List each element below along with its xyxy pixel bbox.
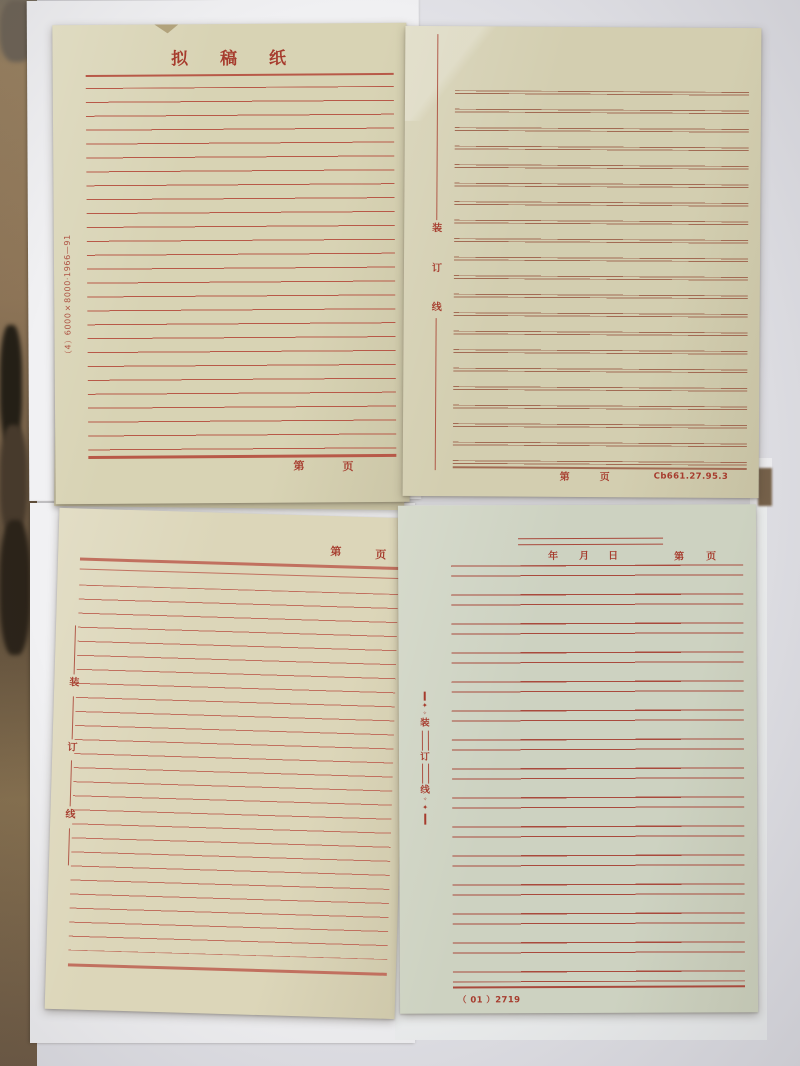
binding-line-char: 装 (67, 678, 81, 688)
paper-bottom-left-letter-sheet: 第 页 装 订 线 (45, 508, 410, 1019)
sheet-title: 拟 稿 纸 (52, 43, 406, 70)
footer-rule (453, 466, 747, 470)
page-number-label: 页 (342, 461, 353, 472)
binding-line (436, 34, 438, 220)
ornament-stem (425, 813, 426, 824)
cardboard-sliver (758, 468, 772, 506)
page-number-label: 第 (330, 546, 341, 557)
ruled-lines (453, 90, 749, 466)
print-run-imprint: （4）6000×8000·1966—91 (61, 143, 74, 358)
paper-bottom-right-green-sheet: 年 月 日 第 页 （ 01 ）2719 ✦ ✧ 装 订 线 ✧ ✦ (398, 504, 758, 1014)
binding-line-char: 订 (430, 264, 444, 274)
diamond-ornament-icon: ✧ (423, 712, 427, 717)
ruled-lines (451, 564, 745, 982)
binding-line (72, 696, 74, 739)
binding-line-char: 装 (430, 224, 444, 234)
diamond-ornament-icon: ✧ (423, 797, 427, 802)
ruled-lines (86, 86, 397, 451)
date-label: 月 (579, 552, 589, 562)
header-rule (86, 73, 394, 77)
header-rule-thin (80, 569, 399, 579)
binding-twin-lines (421, 730, 428, 750)
ornament-stem (424, 692, 425, 701)
torn-edge-notch (154, 24, 178, 33)
paper-top-left-draft-sheet: 拟 稿 纸 第 页 （4）6000×8000·1966—91 (52, 23, 409, 504)
header-rule (80, 558, 399, 570)
ruled-lines (68, 585, 398, 960)
photo-of-vintage-letter-papers: 拟 稿 纸 第 页 （4）6000×8000·1966—91 装 订 线 第 页… (0, 0, 800, 1066)
binding-twin-lines (422, 764, 429, 784)
binding-line-char: 订 (420, 752, 430, 762)
diamond-ornament-icon: ✦ (422, 804, 428, 811)
binding-line-char: 订 (65, 743, 79, 753)
binding-line (70, 760, 73, 806)
page-number-label: 页 (706, 552, 716, 562)
page-number-label: 第 (293, 460, 304, 471)
footer-rule (88, 454, 396, 459)
binding-line (435, 318, 437, 470)
binding-line-char: 装 (420, 719, 430, 729)
binding-line-char: 线 (63, 810, 77, 820)
binding-line-char: 线 (420, 786, 430, 796)
binding-line (68, 828, 70, 865)
paper-top-right-letter-sheet: 装 订 线 第 页 Cb661.27.95.3 (403, 26, 762, 498)
diamond-ornament-icon: ✦ (422, 703, 428, 710)
header-double-rule (518, 538, 663, 546)
date-label: 年 (548, 552, 558, 562)
page-number-label: 页 (375, 549, 386, 560)
page-number-label: 第 (560, 473, 570, 483)
cardboard-dark-patch (0, 425, 27, 535)
binding-line-char: 线 (430, 303, 444, 313)
date-label: 日 (608, 552, 618, 562)
footer-rule (453, 985, 745, 988)
serial-number: （ 01 ）2719 (458, 993, 520, 1005)
page-number-label: 第 (674, 553, 684, 563)
binding-line-ornament: ✦ ✧ 装 订 线 ✧ ✦ (416, 692, 435, 825)
serial-number: Cb661.27.95.3 (654, 471, 729, 481)
page-number-label: 页 (600, 473, 610, 483)
cardboard-dark-patch (0, 520, 30, 655)
footer-rule (68, 963, 387, 975)
